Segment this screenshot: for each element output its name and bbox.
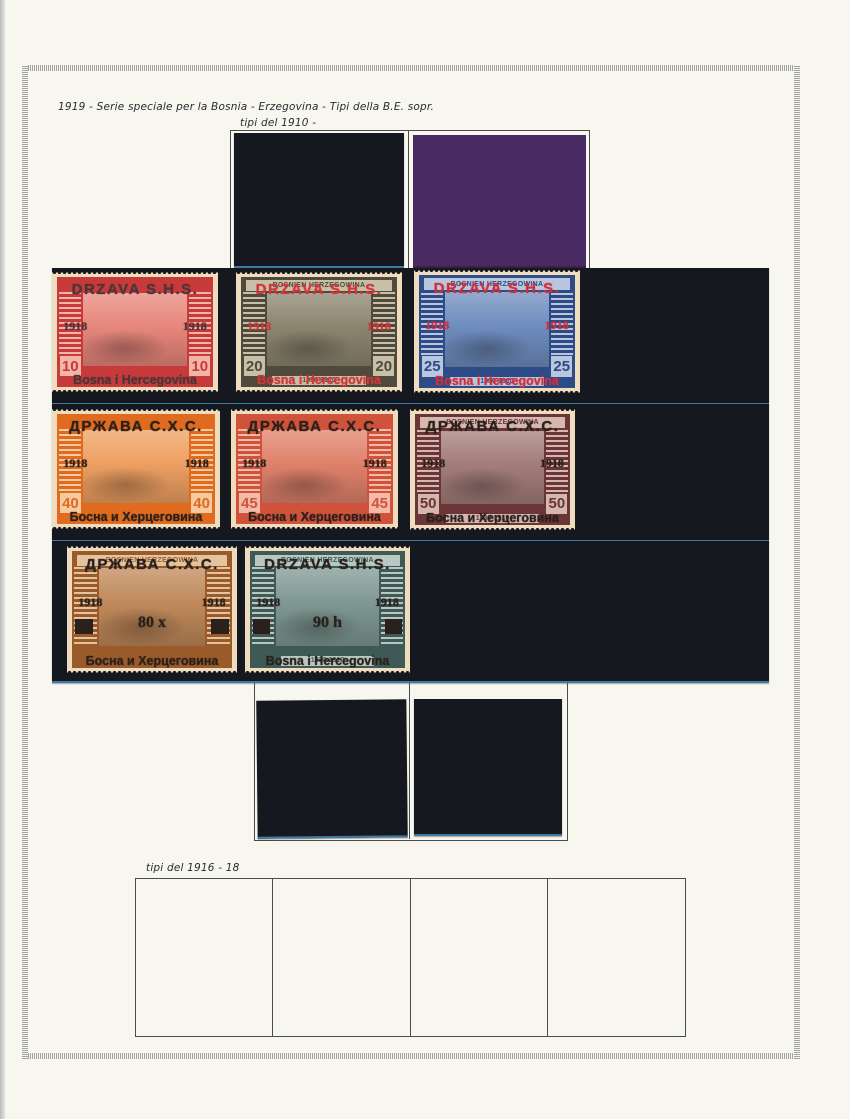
- overprint-state-name: ДРЖАВА С.Х.С.: [236, 418, 393, 435]
- stamp-s10: 10 10 DRZAVA S.H.S. 1918 1918 Bosna i He…: [52, 272, 218, 392]
- overprint-year-right: 1918: [367, 319, 391, 334]
- overprint-year-right: 1918: [545, 318, 569, 333]
- overprint-state-name: DRZAVA S.H.S.: [419, 280, 575, 297]
- stamp-s45: 45 45 ДРЖАВА С.Х.С. 1918 1918 Босна и Хе…: [231, 409, 398, 529]
- overprint-state-name: DRZAVA S.H.S.: [241, 281, 397, 298]
- stamp-s50: BOSNIEN HERZEGOWINA 1830-1910 50 50 ДРЖА…: [410, 409, 575, 530]
- overprint-new-value: 90 h: [250, 614, 405, 632]
- overprint-region-name: Bosna i Hercegovina: [250, 654, 405, 668]
- stamp-vignette: [261, 429, 368, 504]
- page-subheading: tipi del 1910 -: [240, 117, 316, 129]
- overprint-year-left: 1918: [421, 456, 445, 471]
- empty-mount-purple: [413, 135, 586, 268]
- stamp-s25: BOSNIEN HERZEGOWINA 1830-1910 25 25 DRZA…: [414, 270, 580, 393]
- empty-mount-black: [234, 133, 404, 268]
- stamp-vignette: [444, 291, 550, 368]
- overprint-region-name: Босна и Херцеговина: [72, 654, 232, 668]
- stamp-vignette: [275, 567, 380, 647]
- frame-right: [794, 65, 800, 1059]
- stamp-vignette: [98, 567, 207, 647]
- stamp-vignette: [82, 292, 188, 367]
- stamp-vignette: [440, 430, 545, 506]
- empty-mount-black-left: [256, 699, 407, 839]
- overprint-region-name: Босна и Херцеговина: [236, 510, 393, 524]
- overprint-year-left: 1918: [63, 456, 87, 471]
- overprint-new-value: 80 x: [72, 614, 232, 632]
- empty-space-divider-top: [408, 130, 409, 268]
- overprint-year-left: 1918: [78, 595, 102, 610]
- overprint-region-name: Bosna i Hercegovina: [57, 373, 213, 387]
- overprint-region-name: Bosna i Hercegovina: [419, 374, 575, 388]
- overprint-year-left: 1918: [242, 456, 266, 471]
- overprint-year-left: 1918: [256, 595, 280, 610]
- section2-heading: tipi del 1916 - 18: [146, 862, 239, 874]
- frame-left: [22, 65, 28, 1059]
- frame-bottom: [22, 1053, 800, 1059]
- frame-top: [22, 65, 800, 71]
- box-divider-3: [547, 878, 548, 1037]
- overprint-year-left: 1918: [247, 319, 271, 334]
- overprint-state-name: ДРЖАВА С.Х.С.: [415, 418, 570, 435]
- overprint-region-name: Босна и Херцеговина: [57, 510, 215, 524]
- empty-mount-black-right: [414, 699, 562, 836]
- box-divider-2: [410, 878, 411, 1037]
- overprint-year-left: 1918: [63, 319, 87, 334]
- overprint-year-left: 1918: [425, 318, 449, 333]
- stamp-s90: BOSNIEN HERZEGOWINA 1830-1910 DRZAVA S.H…: [245, 546, 410, 673]
- overprint-year-right: 1918: [183, 319, 207, 334]
- page-heading: 1919 - Serie speciale per la Bosnia - Er…: [58, 101, 434, 113]
- overprint-year-right: 1918: [185, 456, 209, 471]
- empty-space-divider-bottom: [409, 683, 410, 839]
- stamp-s80: BOSNIEN HERZEGOWINA ДРЖАВА С.Х.С. 1918 1…: [67, 546, 237, 673]
- stamp-vignette: [266, 292, 372, 367]
- overprint-state-name: ДРЖАВА С.Х.С.: [72, 556, 232, 573]
- overprint-state-name: DRZAVA S.H.S.: [250, 556, 405, 573]
- overprint-year-right: 1918: [363, 456, 387, 471]
- overprint-region-name: Босна и Херцеговина: [415, 511, 570, 525]
- stamp-vignette: [82, 429, 189, 504]
- overprint-state-name: DRZAVA S.H.S.: [57, 281, 213, 298]
- overprint-year-right: 1918: [202, 595, 226, 610]
- overprint-region-name: Bosna i Hercegovina: [241, 373, 397, 387]
- overprint-state-name: ДРЖАВА С.Х.С.: [57, 418, 215, 435]
- overprint-year-right: 1918: [375, 595, 399, 610]
- stamp-s40: 40 40 ДРЖАВА С.Х.С. 1918 1918 Босна и Хе…: [52, 409, 220, 529]
- page-edge-shadow: [0, 0, 6, 1119]
- overprint-year-right: 1918: [540, 456, 564, 471]
- box-divider-1: [272, 878, 273, 1037]
- stamp-s20: BOSNIEN HERZEGOWINA 1830-1910 20 20 DRZA…: [236, 272, 402, 392]
